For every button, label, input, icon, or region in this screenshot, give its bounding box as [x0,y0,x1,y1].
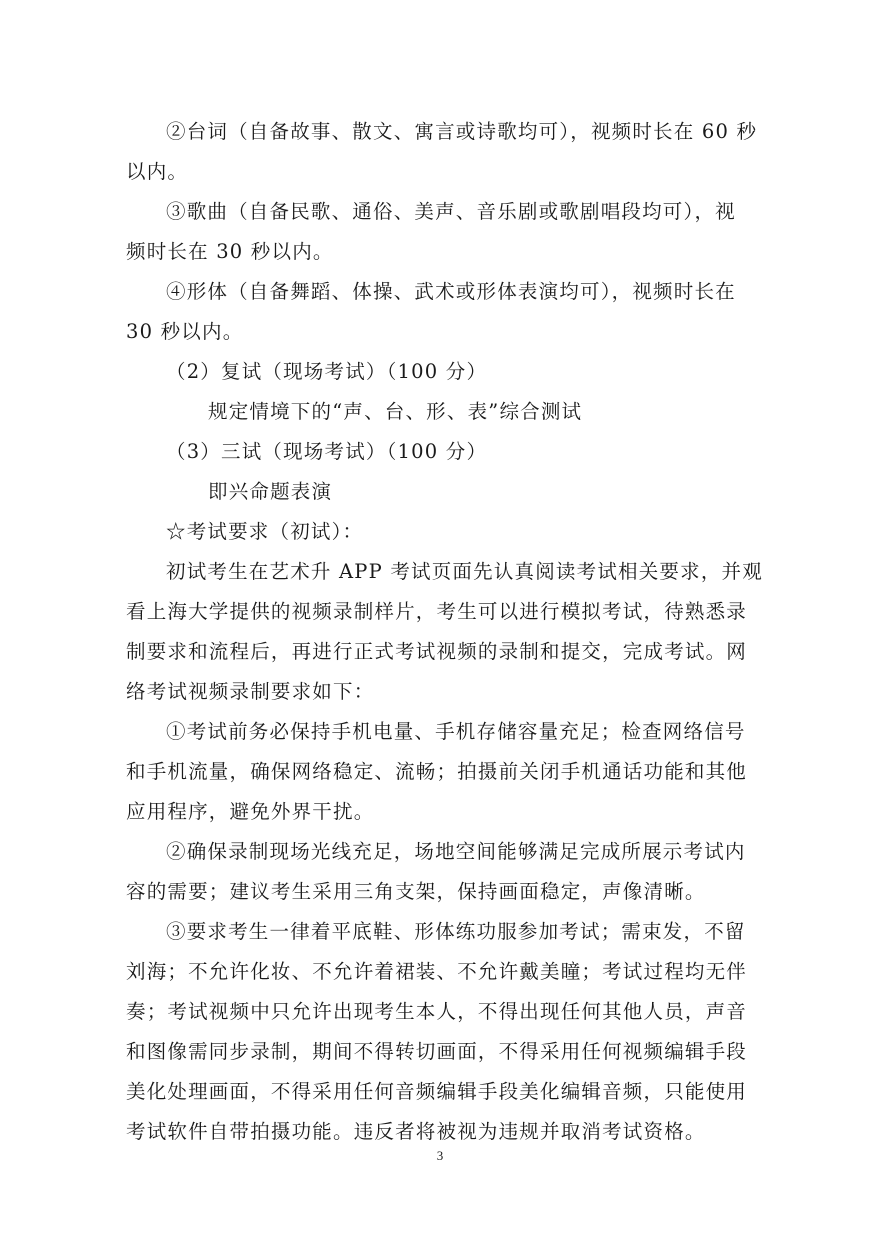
req1-line-2: 和手机流量，确保网络稳定、流畅；拍摄前关闭手机通话功能和其他 [126,758,756,786]
intro-paragraph-line-3: 制要求和流程后，再进行正式考试视频的录制和提交，完成考试。网 [126,638,756,666]
req3-line-4: 和图像需同步录制，期间不得转切画面，不得采用任何视频编辑手段 [126,1038,756,1066]
req3-line-6: 考试软件自带拍摄功能。违反者将被视为违规并取消考试资格。 [126,1118,756,1146]
second-round-desc: 规定情境下的“声、台、形、表”综合测试 [208,398,838,426]
req1-line-1: ①考试前务必保持手机电量、手机存储容量充足；检查网络信号 [166,718,796,746]
req3-line-5: 美化处理画面，不得采用任何音频编辑手段美化编辑音频，只能使用 [126,1078,756,1106]
intro-paragraph-line-4: 络考试视频录制要求如下： [126,678,756,706]
item-physique: ④形体（自备舞蹈、体操、武术或形体表演均可），视频时长在 [166,278,796,306]
req3-line-2: 刘海；不允许化妆、不允许着裙装、不允许戴美瞳；考试过程均无伴 [126,958,756,986]
req2-line-2: 容的需要；建议考生采用三角支架，保持画面稳定，声像清晰。 [126,878,756,906]
intro-paragraph-line-1: 初试考生在艺术升 APP 考试页面先认真阅读考试相关要求，并观 [166,558,796,586]
item-recitation: ②台词（自备故事、散文、寓言或诗歌均可），视频时长在 60 秒 [166,118,796,146]
item-song: ③歌曲（自备民歌、通俗、美声、音乐剧或歌剧唱段均可），视 [166,198,796,226]
req2-line-1: ②确保录制现场光线充足，场地空间能够满足完成所展示考试内 [166,838,796,866]
intro-paragraph-line-2: 看上海大学提供的视频录制样片，考生可以进行模拟考试，待熟悉录 [126,598,756,626]
item-physique-cont: 30 秒以内。 [126,318,756,346]
page-number: 3 [0,1148,880,1164]
req3-line-3: 奏；考试视频中只允许出现考生本人，不得出现任何其他人员，声音 [126,998,756,1026]
req3-line-1: ③要求考生一律着平底鞋、形体练功服参加考试；需束发，不留 [166,918,796,946]
document-page: ②台词（自备故事、散文、寓言或诗歌均可），视频时长在 60 秒 以内。 ③歌曲（… [0,0,880,1244]
third-round-desc: 即兴命题表演 [208,478,838,506]
third-round-heading: （3）三试（现场考试）（100 分） [166,438,796,466]
second-round-heading: （2）复试（现场考试）（100 分） [166,358,796,386]
item-recitation-cont: 以内。 [126,158,756,186]
req1-line-3: 应用程序，避免外界干扰。 [126,798,756,826]
requirements-heading: ☆考试要求（初试）： [166,518,796,546]
item-song-cont: 频时长在 30 秒以内。 [126,238,756,266]
